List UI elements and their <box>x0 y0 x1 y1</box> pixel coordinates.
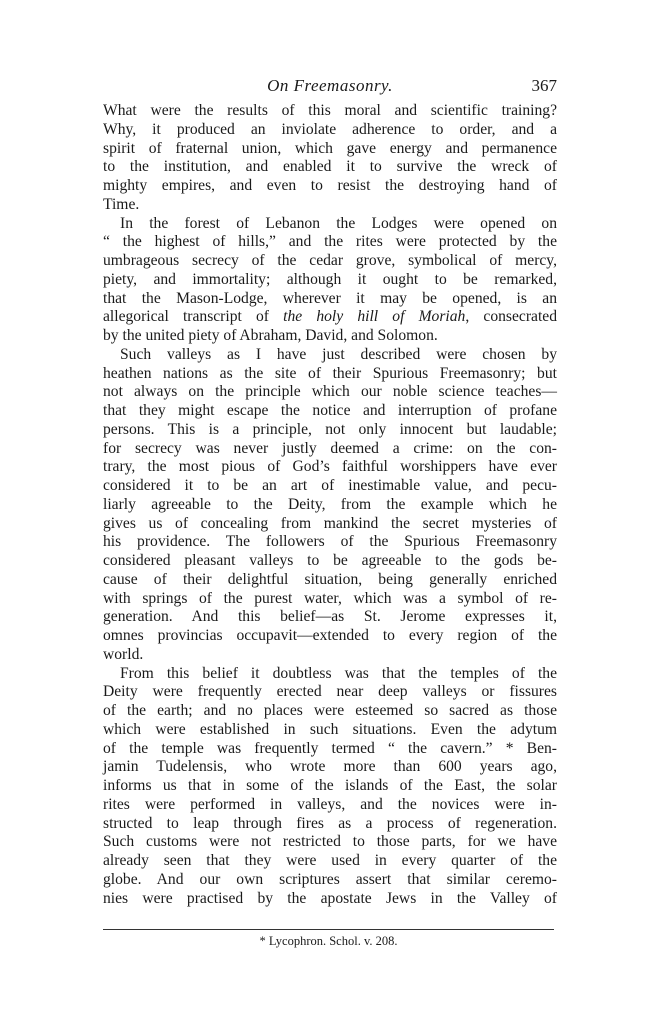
text-line: In the forest of Lebanon the Lodges were… <box>103 215 557 234</box>
text-line: piety, and immortality; although it ough… <box>103 271 557 290</box>
text-segment: allegorical transcript of <box>103 308 283 325</box>
text-line: allegorical transcript of the holy hill … <box>103 308 557 327</box>
text-line: “ the highest of hills,” and the rites w… <box>103 233 557 252</box>
text-line: with springs of the purest water, which … <box>103 590 557 609</box>
text-line: Deity were frequently erected near deep … <box>103 683 557 702</box>
text-line: of the temple was frequently termed “ th… <box>103 740 557 759</box>
text-line: From this belief it doubtless was that t… <box>103 665 557 684</box>
running-title: On Freemasonry. <box>103 76 557 96</box>
footnote-rule <box>103 929 554 930</box>
text-line: considered it to be an art of inestimabl… <box>103 477 557 496</box>
text-line: Why, it produced an inviolate adherence … <box>103 121 557 140</box>
text-line: globe. And our own scriptures assert tha… <box>103 871 557 890</box>
text-line: which were established in such situation… <box>103 721 557 740</box>
text-line: already seen that they were used in ever… <box>103 852 557 871</box>
text-line: umbrageous secrecy of the cedar grove, s… <box>103 252 557 271</box>
body-text: What were the results of this moral and … <box>103 102 557 908</box>
text-line: that they might escape the notice and in… <box>103 402 557 421</box>
text-line: structed to leap through fires as a proc… <box>103 815 557 834</box>
text-line: What were the results of this moral and … <box>103 102 557 121</box>
text-segment: , consecrated <box>465 308 557 325</box>
text-line: jamin Tudelensis, who wrote more than 60… <box>103 758 557 777</box>
text-line: not always on the principle which our no… <box>103 383 557 402</box>
italic-phrase: the holy hill of Moriah <box>283 308 465 325</box>
text-line: generation. And this belief—as St. Jerom… <box>103 608 557 627</box>
text-line: omnes provincias occupavit—extended to e… <box>103 627 557 646</box>
text-line: trary, the most pious of God’s faithful … <box>103 458 557 477</box>
text-line: cause of their delightful situation, bei… <box>103 571 557 590</box>
text-line: Such customs were not restricted to thos… <box>103 833 557 852</box>
text-line: informs us that in some of the islands o… <box>103 777 557 796</box>
text-line: of the earth; and no places were esteeme… <box>103 702 557 721</box>
footnote: * Lycophron. Schol. v. 208. <box>103 934 554 949</box>
text-line: for secrecy was never justly deemed a cr… <box>103 440 557 459</box>
page-number: 367 <box>532 76 558 96</box>
text-line: mighty empires, and even to resist the d… <box>103 177 557 196</box>
text-line: heathen nations as the site of their Spu… <box>103 365 557 384</box>
text-line: liarly agreeable to the Deity, from the … <box>103 496 557 515</box>
text-line: world. <box>103 646 557 665</box>
text-line: Such valleys as I have just described we… <box>103 346 557 365</box>
book-page: On Freemasonry. 367 What were the result… <box>103 76 557 908</box>
text-line: rites were performed in valleys, and the… <box>103 796 557 815</box>
running-head: On Freemasonry. 367 <box>103 76 557 98</box>
text-line: persons. This is a principle, not only i… <box>103 421 557 440</box>
text-line: gives us of concealing from mankind the … <box>103 515 557 534</box>
text-line: spirit of fraternal union, which gave en… <box>103 140 557 159</box>
text-line: his providence. The followers of the Spu… <box>103 533 557 552</box>
text-line: by the united piety of Abraham, David, a… <box>103 327 557 346</box>
text-line: that the Mason-Lodge, wherever it may be… <box>103 290 557 309</box>
text-line: considered pleasant valleys to be agreea… <box>103 552 557 571</box>
text-line: Time. <box>103 196 557 215</box>
text-line: to the institution, and enabled it to su… <box>103 158 557 177</box>
text-line: nies were practised by the apostate Jews… <box>103 890 557 909</box>
